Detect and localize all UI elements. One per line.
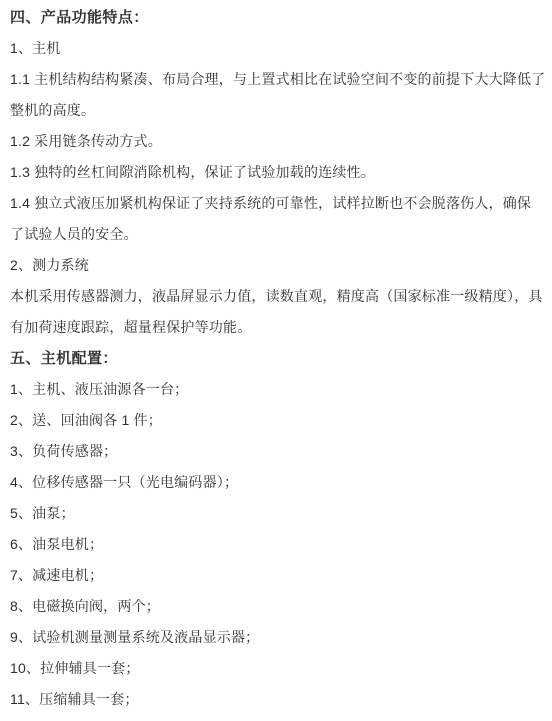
paragraph: 本机采用传感器测力，液晶屏显示力值，读数直观，精度高（国家标准一级精度），具有加… <box>10 281 544 343</box>
paragraph: 5、油泵； <box>10 498 544 529</box>
text-line: 3、负荷传感器； <box>10 436 544 467</box>
paragraph: 1、主机 <box>10 33 544 64</box>
paragraph: 10、拉伸辅具一套； <box>10 653 544 684</box>
text-line: 6、油泵电机； <box>10 529 544 560</box>
text-line: 1.2 采用链条传动方式。 <box>10 126 544 157</box>
section-heading: 四、产品功能特点： <box>10 2 544 33</box>
text-line: 1、主机、液压油源各一台； <box>10 374 544 405</box>
text-line: 整机的高度。 <box>10 95 544 126</box>
text-line: 4、位移传感器一只（光电编码器）； <box>10 467 544 498</box>
paragraph: 1、主机、液压油源各一台； <box>10 374 544 405</box>
text-line: 8、电磁换向阀，两个； <box>10 591 544 622</box>
text-line: 四、产品功能特点： <box>10 2 544 33</box>
paragraph: 9、试验机测量测量系统及液晶显示器； <box>10 622 544 653</box>
text-line: 10、拉伸辅具一套； <box>10 653 544 684</box>
text-line: 五、主机配置： <box>10 343 544 374</box>
paragraph: 1.4 独立式液压加紧机构保证了夹持系统的可靠性，试样拉断也不会脱落伤人，确保了… <box>10 188 544 250</box>
text-line: 1.1 主机结构结构紧凑、布局合理，与上置式相比在试验空间不变的前提下大大降低了 <box>10 64 544 95</box>
text-line: 有加荷速度跟踪，超量程保护等功能。 <box>10 312 544 343</box>
paragraph: 4、位移传感器一只（光电编码器）； <box>10 467 544 498</box>
text-line: 1.4 独立式液压加紧机构保证了夹持系统的可靠性，试样拉断也不会脱落伤人，确保 <box>10 188 544 219</box>
text-line: 7、减速电机； <box>10 560 544 591</box>
text-line: 本机采用传感器测力，液晶屏显示力值，读数直观，精度高（国家标准一级精度），具 <box>10 281 544 312</box>
paragraph: 2、送、回油阀各 1 件； <box>10 405 544 436</box>
section-heading: 五、主机配置： <box>10 343 544 374</box>
text-line: 11、压缩辅具一套； <box>10 684 544 715</box>
paragraph: 2、测力系统 <box>10 250 544 281</box>
text-line: 9、试验机测量测量系统及液晶显示器； <box>10 622 544 653</box>
paragraph: 1.2 采用链条传动方式。 <box>10 126 544 157</box>
document-page: 四、产品功能特点：1、主机1.1 主机结构结构紧凑、布局合理，与上置式相比在试验… <box>0 0 552 721</box>
paragraph: 7、减速电机； <box>10 560 544 591</box>
paragraph: 11、压缩辅具一套； <box>10 684 544 715</box>
paragraph: 6、油泵电机； <box>10 529 544 560</box>
text-line: 了试验人员的安全。 <box>10 219 544 250</box>
text-line: 2、测力系统 <box>10 250 544 281</box>
paragraph: 1.3 独特的丝杠间隙消除机构，保证了试验加载的连续性。 <box>10 157 544 188</box>
text-line: 2、送、回油阀各 1 件； <box>10 405 544 436</box>
text-line: 1、主机 <box>10 33 544 64</box>
text-line: 5、油泵； <box>10 498 544 529</box>
paragraph: 3、负荷传感器； <box>10 436 544 467</box>
paragraph: 8、电磁换向阀，两个； <box>10 591 544 622</box>
text-line: 1.3 独特的丝杠间隙消除机构，保证了试验加载的连续性。 <box>10 157 544 188</box>
paragraph: 1.1 主机结构结构紧凑、布局合理，与上置式相比在试验空间不变的前提下大大降低了… <box>10 64 544 126</box>
